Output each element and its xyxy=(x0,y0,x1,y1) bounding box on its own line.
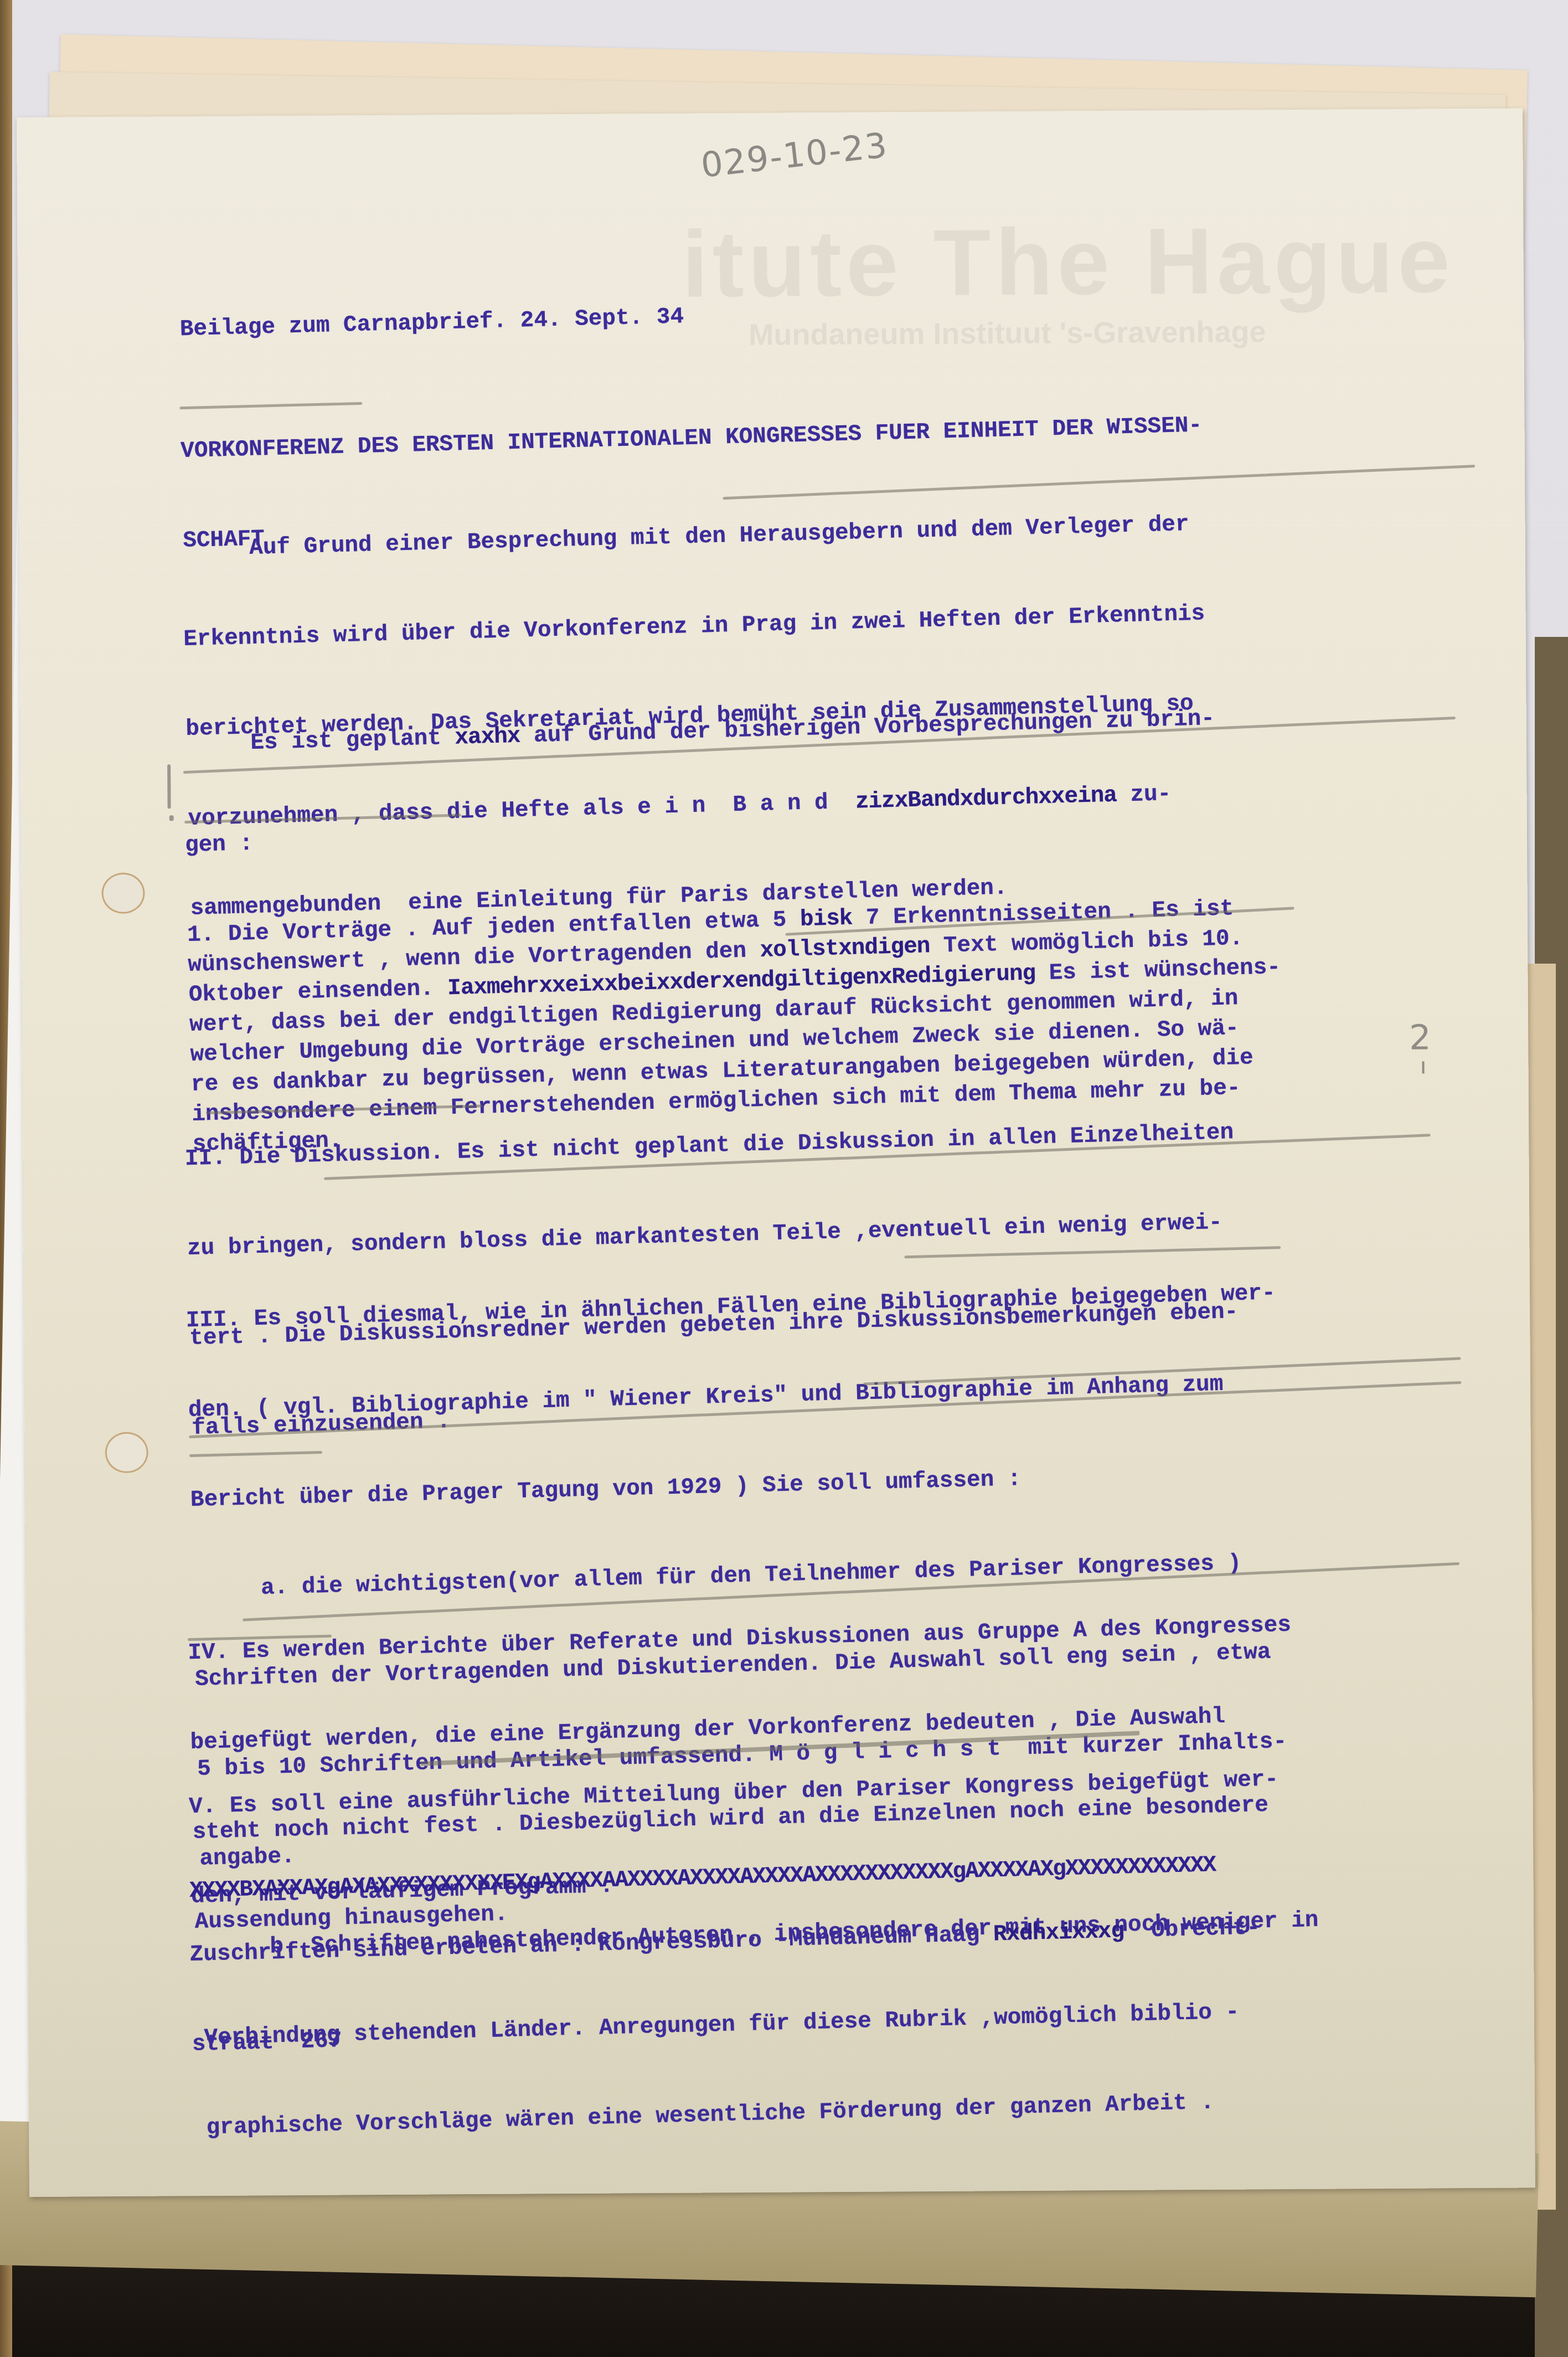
text-segment: Es ist wünschens- xyxy=(1035,955,1281,986)
struck-out-text: bisk xyxy=(800,906,853,933)
struck-out-text: Rxdhxixxxg xyxy=(993,1918,1124,1947)
text-segment: Obrecht- xyxy=(1123,1915,1260,1944)
text-segment: Es ist geplant xyxy=(182,725,455,758)
text-segment: Zuschriften sind erbeten an : Kongressbü… xyxy=(189,1922,993,1968)
pencil-exclamation-dot xyxy=(169,815,174,821)
punch-hole xyxy=(105,1432,148,1473)
pencil-underline xyxy=(723,465,1475,500)
pencil-underline xyxy=(189,1451,322,1457)
text-line: gen : xyxy=(184,799,1458,861)
text-line: II. Die Diskussion. Es ist nicht geplant… xyxy=(184,1112,1458,1174)
punch-hole xyxy=(101,873,145,914)
header-line: Beilage zum Carnapbrief. 24. Sept. 34 xyxy=(179,282,1453,344)
text-line: Auf Grund einer Besprechung mit den Hera… xyxy=(181,503,1455,565)
pencil-underline xyxy=(206,1105,483,1115)
text-line: straat 267 xyxy=(192,1998,1466,2060)
text-line: Zuschriften sind erbeten an : Kongressbü… xyxy=(189,1908,1463,1970)
pencil-underline xyxy=(420,1731,1139,1766)
pencil-underline xyxy=(184,814,461,824)
footer-address: Zuschriften sind erbeten an : Kongressbü… xyxy=(188,1848,1467,2119)
struck-out-text: xaxhx xyxy=(455,724,520,751)
typed-document-page: itute The Hague Mundaneum Instituut 's-G… xyxy=(17,108,1535,2197)
handwritten-archive-number: 029-10-23 xyxy=(699,125,890,186)
text-line: IV. Es werden Berichte über Referate und… xyxy=(188,1606,1462,1668)
text-line: III. Es soll diesmal, wie in ähnlichen F… xyxy=(185,1274,1459,1336)
pencil-exclamation-mark xyxy=(167,764,171,809)
pencil-underline xyxy=(904,1246,1281,1258)
photo-scene: itute The Hague Mundaneum Instituut 's-G… xyxy=(0,0,1568,2357)
text-line: Bericht über die Prager Tagung von 1929 … xyxy=(190,1453,1464,1515)
text-line: den. ( vgl. Bibliographie im " Wiener Kr… xyxy=(188,1363,1462,1425)
text-line: Es ist geplant xaxhx auf Grund der bishe… xyxy=(182,698,1456,760)
pencil-underline xyxy=(179,402,362,409)
struck-out-text: xollstxndigen xyxy=(760,934,930,964)
text-segment: Oktober einsenden. xyxy=(188,976,447,1008)
